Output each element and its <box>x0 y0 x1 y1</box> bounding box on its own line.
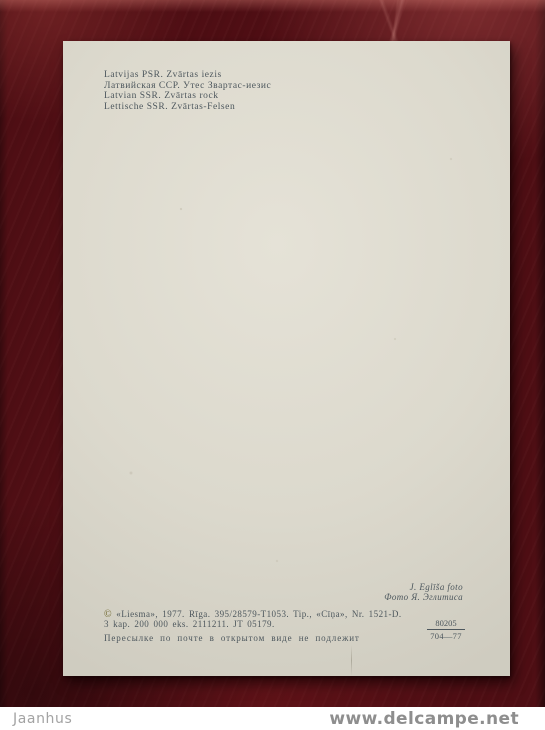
photo-credit-latvian: J. Eglīša foto <box>384 582 463 592</box>
leather-background: Latvijas PSR. Zvārtas iezis Латвийская С… <box>0 0 545 707</box>
watermark-delcampe: www.delcampe.net <box>329 709 519 729</box>
photo-credit: J. Eglīša foto Фото Я. Эглитиса <box>384 582 463 602</box>
mailing-note: Пересылке по почте в открытом виде не по… <box>104 633 360 643</box>
catalog-number-bottom: 704—77 <box>427 630 465 641</box>
caption-english: Latvian SSR. Zvārtas rock <box>104 91 271 102</box>
catalog-number-top: 80205 <box>427 618 465 630</box>
catalog-number: 80205 704—77 <box>427 618 465 641</box>
watermark-strip: Jaanhus www.delcampe.net <box>0 707 545 730</box>
caption-block: Latvijas PSR. Zvārtas iezis Латвийская С… <box>104 70 271 112</box>
watermark-jaanhus: Jaanhus <box>13 711 72 727</box>
postcard-back: Latvijas PSR. Zvārtas iezis Латвийская С… <box>63 41 510 676</box>
photo-credit-russian: Фото Я. Эглитиса <box>384 592 463 602</box>
caption-german: Lettische SSR. Zvārtas-Felsen <box>104 102 271 113</box>
imprint-line-1-text: «Liesma», 1977. Rīga. 395/28579-T1053. T… <box>116 609 401 619</box>
caption-latvian: Latvijas PSR. Zvārtas iezis <box>104 70 271 81</box>
caption-russian: Латвийская ССР. Утес Звартас-иезис <box>104 81 271 92</box>
imprint-line-2: 3 kap. 200 000 eks. 2111211. JT 05179. <box>104 619 275 629</box>
